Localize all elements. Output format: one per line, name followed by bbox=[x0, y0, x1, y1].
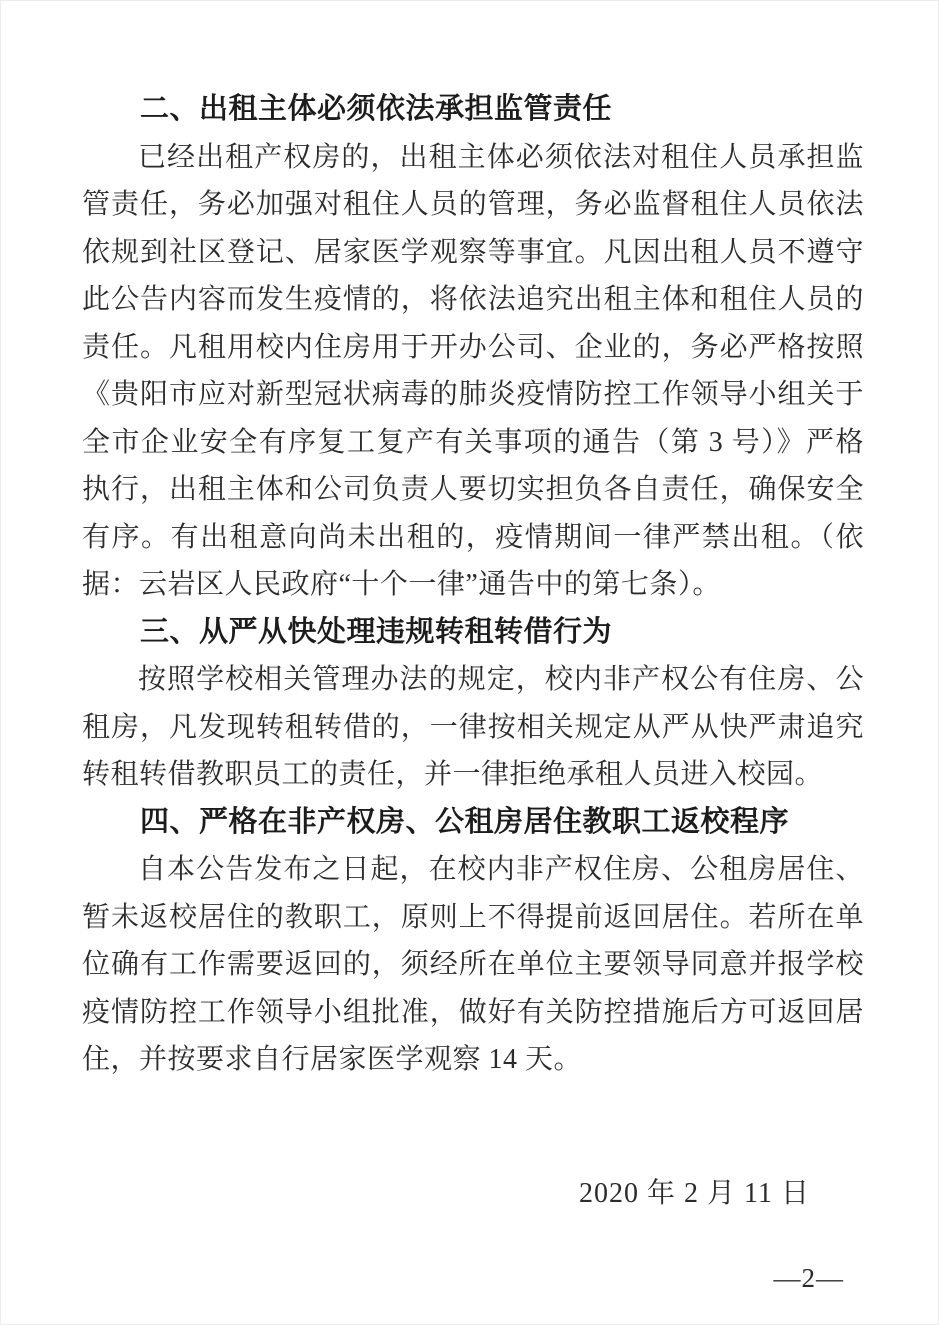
section-three-paragraph: 按照学校相关管理办法的规定，校内非产权公有住房、公租房，凡发现转租转借的，一律按… bbox=[82, 656, 864, 799]
page-number: —2— bbox=[774, 1262, 845, 1294]
document-page: 二、出租主体必须依法承担监管责任 已经出租产权房的，出租主体必须依法对租住人员承… bbox=[0, 0, 939, 1325]
section-heading-four: 四、严格在非产权房、公租房居住教职工返校程序 bbox=[82, 799, 864, 847]
section-two-paragraph: 已经出租产权房的，出租主体必须依法对租住人员承担监管责任，务必加强对租住人员的管… bbox=[82, 134, 864, 609]
document-date: 2020 年 2 月 11 日 bbox=[579, 1170, 810, 1218]
section-heading-two: 二、出租主体必须依法承担监管责任 bbox=[82, 86, 864, 134]
section-four-paragraph: 自本公告发布之日起，在校内非产权住房、公租房居住、暂未返校居住的教职工，原则上不… bbox=[82, 846, 864, 1084]
document-body: 二、出租主体必须依法承担监管责任 已经出租产权房的，出租主体必须依法对租住人员承… bbox=[82, 86, 864, 1084]
section-heading-three: 三、从严从快处理违规转租转借行为 bbox=[82, 609, 864, 657]
